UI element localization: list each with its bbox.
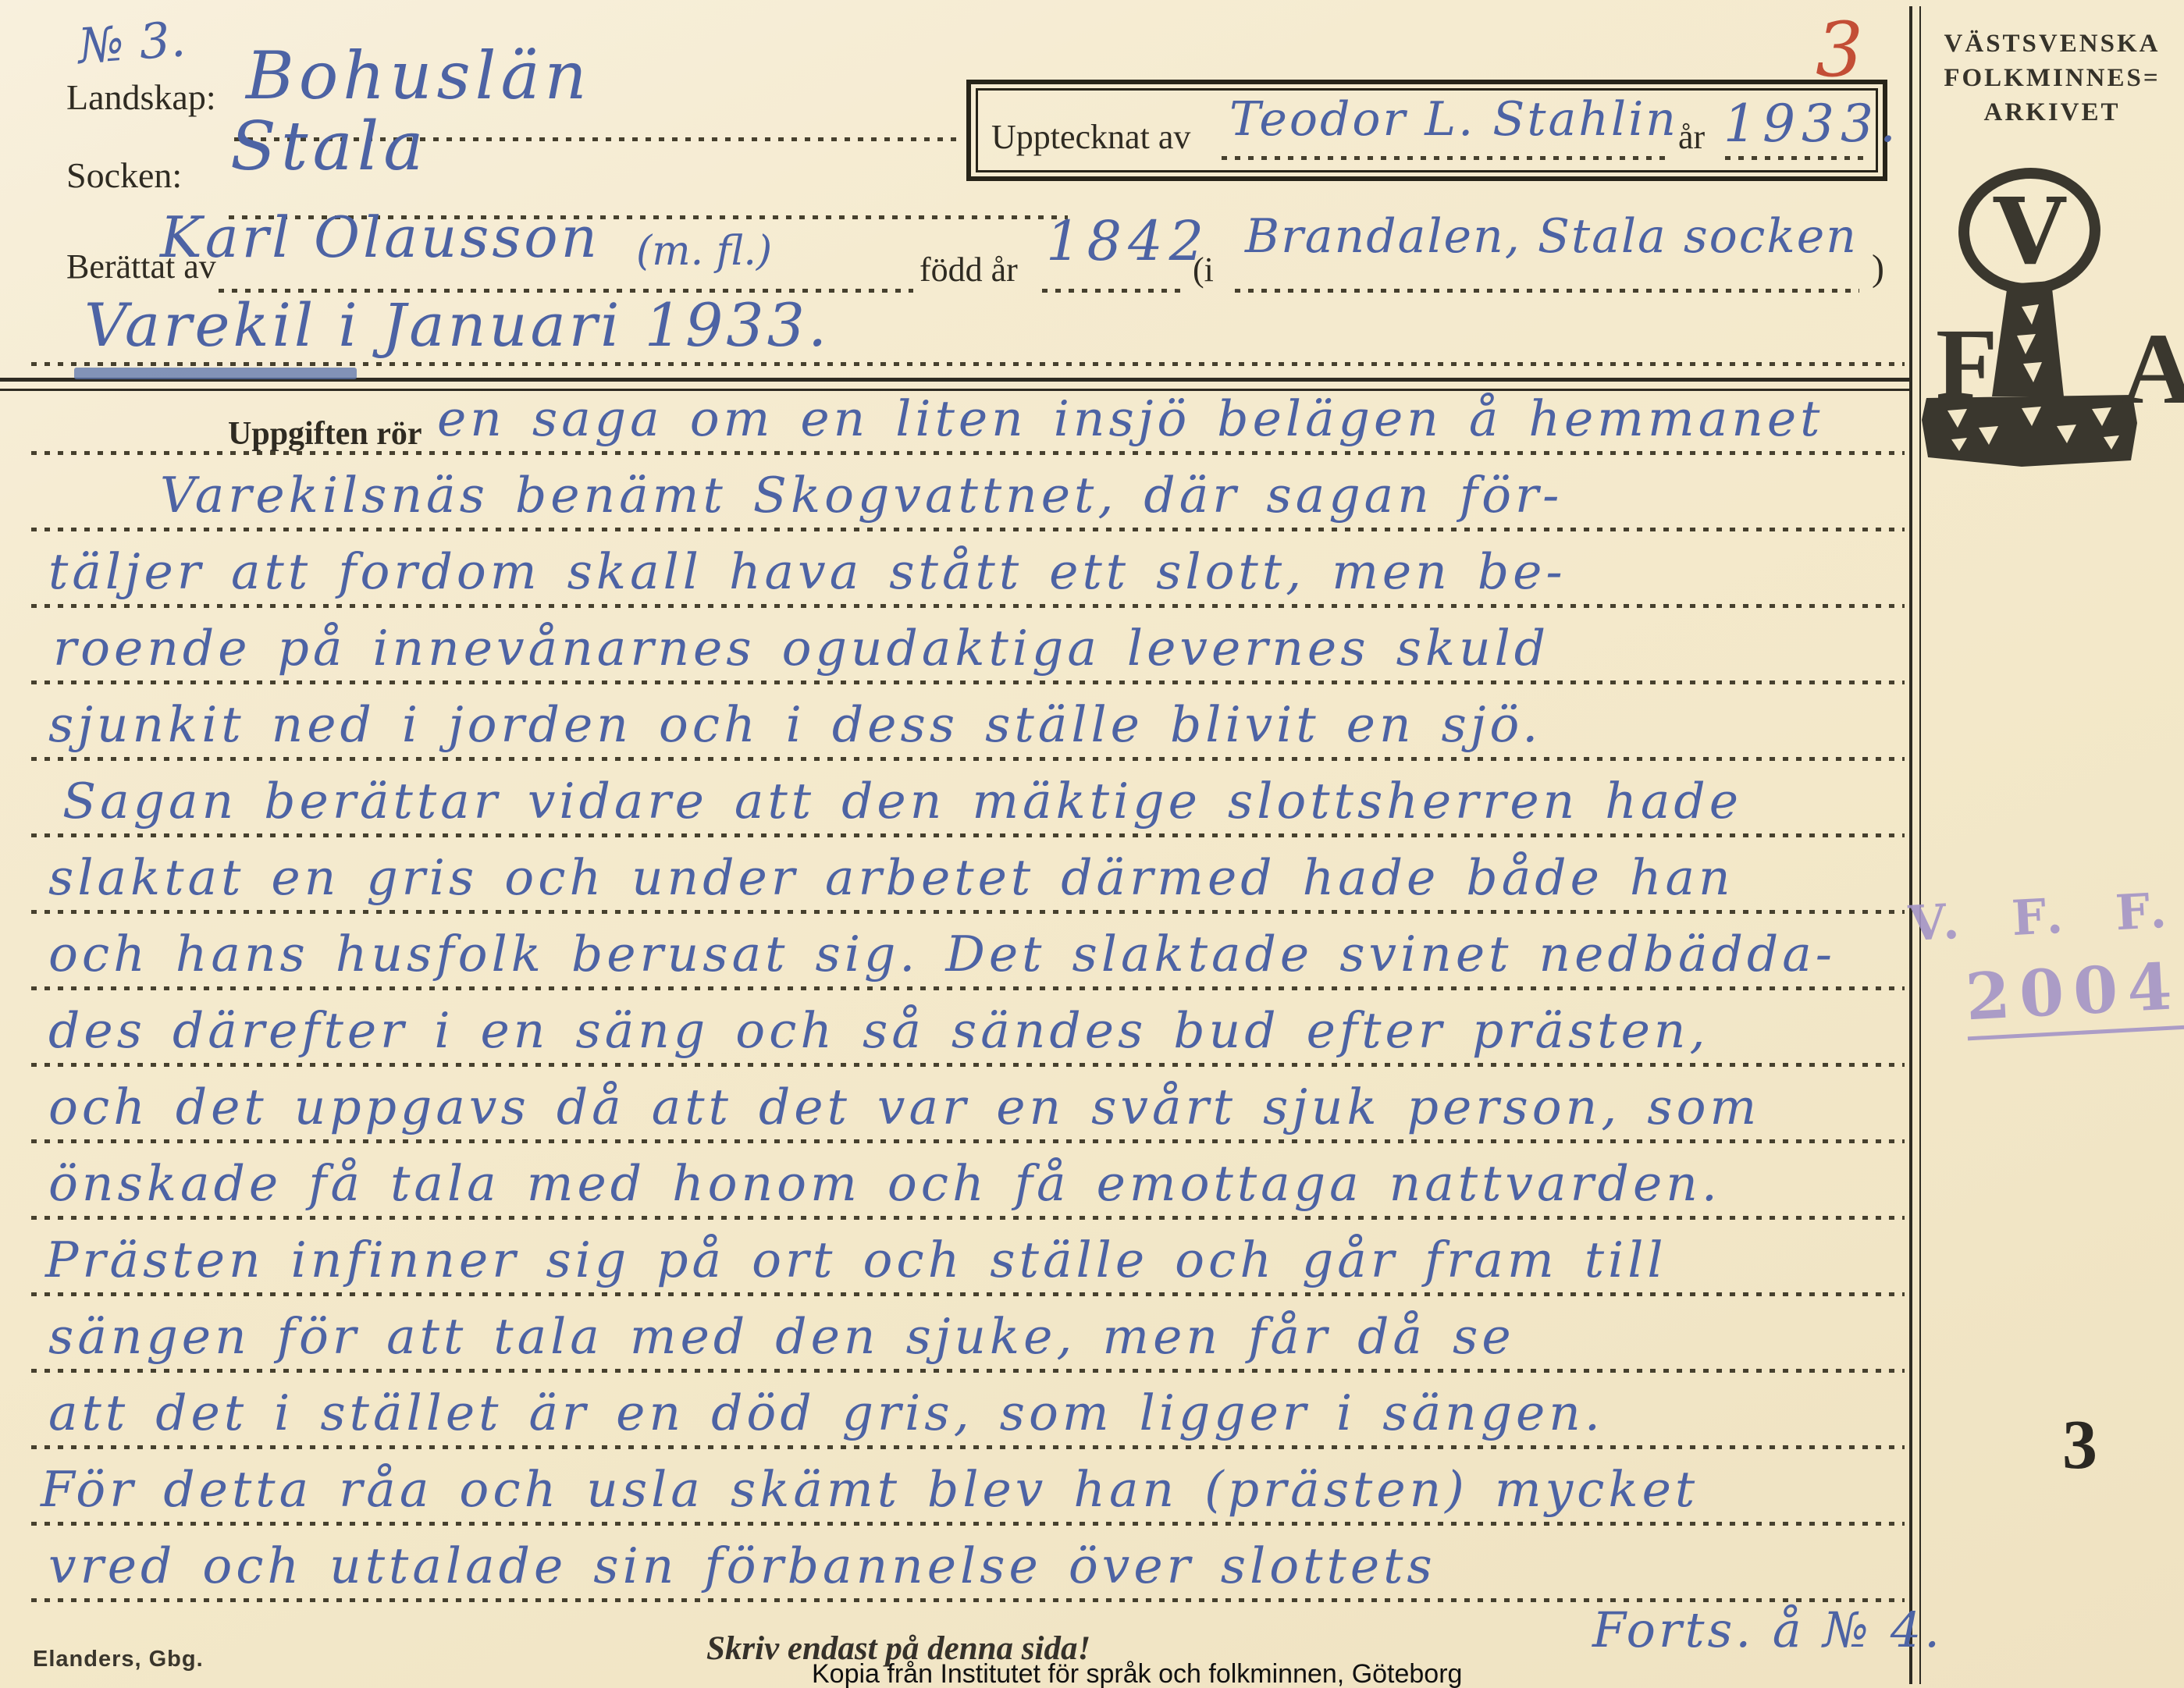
uppgiften-label: Uppgiften rör	[228, 415, 422, 453]
ruled-line	[31, 1522, 1905, 1526]
ruled-line	[31, 1292, 1905, 1296]
socken-value: Stala	[230, 108, 429, 186]
accession-stamp: V. F. F. 2004.	[1907, 881, 2183, 1043]
body-line: sjunkit ned i jorden och i dess ställe b…	[48, 696, 1542, 753]
vfa-thors-hammer-logo-icon: V F A	[1905, 139, 2184, 506]
ruled-line	[31, 910, 1905, 914]
body-line: Sagan berättar vidare att den mäktige sl…	[62, 773, 1742, 830]
ar-label: år	[1678, 117, 1705, 157]
place-date-value: Varekil i Januari 1933.	[84, 290, 830, 360]
page-number-black: 3	[2062, 1405, 2097, 1485]
archive-name-line: FOLKMINNES=	[1922, 61, 2182, 95]
ruled-line	[31, 833, 1905, 837]
printer-imprint: Elanders, Gbg.	[33, 1647, 204, 1672]
logo-letter-v: V	[1993, 177, 2067, 286]
body-line: täljer att fordom skall hava stått ett s…	[48, 543, 1567, 600]
berattat-dotted-line-3	[1235, 289, 1859, 293]
body-line: vred och uttalade sin förbannelse över s…	[48, 1537, 1436, 1594]
upptecknat-dotted-line	[1222, 156, 1665, 160]
landskap-value: Bohuslän	[246, 37, 592, 114]
ruled-line	[31, 681, 1905, 684]
berattat-suffix: (m. fl.)	[636, 228, 772, 275]
ar-value: 1933.	[1723, 94, 1902, 154]
ruled-line	[31, 1063, 1905, 1067]
stamp-number: 2004.	[1964, 947, 2184, 1040]
record-number-handwritten: № 3.	[76, 10, 187, 74]
body-line: önskade få tala med honom och få emottag…	[48, 1155, 1721, 1212]
body-line: en saga om en liten insjö belägen å hemm…	[437, 390, 1824, 447]
upptecknat-value: Teodor L. Stahlin	[1229, 92, 1678, 147]
header-double-rule	[0, 378, 1909, 391]
ruled-line	[31, 1369, 1905, 1373]
varekil-underline-stroke	[74, 368, 357, 379]
continuation-note: Forts. å № 4.	[1592, 1601, 1943, 1658]
ruled-line	[31, 1216, 1905, 1220]
body-line: och hans husfolk berusat sig. Det slakta…	[48, 926, 1836, 983]
copy-attribution-note: Kopia från Institutet för språk och folk…	[812, 1659, 1462, 1688]
archive-name-line: VÄSTSVENSKA	[1922, 27, 2182, 61]
paren-open-label: (i	[1193, 250, 1214, 290]
ruled-line	[31, 1139, 1905, 1143]
body-line: Prästen infinner sig på ort och ställe o…	[45, 1231, 1667, 1288]
body-line: och det uppgavs då att det var en svårt …	[48, 1079, 1760, 1135]
paren-close-label: )	[1872, 247, 1884, 290]
upptecknat-label: Upptecknat av	[991, 117, 1190, 157]
fodd-value: 1842	[1046, 209, 1210, 273]
body-line: Varekilsnäs benämt Skogvattnet, där saga…	[160, 467, 1563, 524]
scanned-document-page: № 3. 3 Landskap: Bohuslän Socken: Stala …	[0, 0, 2184, 1688]
birthplace-value: Brandalen, Stala socken	[1245, 209, 1858, 264]
body-line: roende på innevånarnes ogudaktiga levern…	[53, 620, 1549, 677]
logo-letter-a: A	[2122, 313, 2184, 425]
body-line: sängen för att tala med den sjuke, men f…	[48, 1308, 1515, 1365]
berattat-dotted-line-2	[1042, 289, 1183, 293]
fodd-label: född år	[919, 250, 1018, 290]
archive-name-line: ARKIVET	[1922, 95, 2182, 130]
ar-dotted-line	[1725, 156, 1866, 160]
ruled-line	[31, 1445, 1905, 1449]
archive-name: VÄSTSVENSKA FOLKMINNES= ARKIVET	[1922, 27, 2182, 130]
ruled-line	[31, 757, 1905, 761]
body-line: att det i stället är en död gris, som li…	[48, 1384, 1604, 1441]
ruled-line	[31, 528, 1905, 531]
body-line: För detta råa och usla skämt blev han (p…	[41, 1461, 1698, 1518]
logo-letter-f: F	[1936, 308, 1997, 421]
socken-label: Socken:	[66, 155, 182, 196]
body-line: des därefter i en säng och så sändes bud…	[48, 1002, 1709, 1059]
landskap-label: Landskap:	[66, 76, 216, 118]
header-bottom-dotted-line	[31, 362, 1905, 366]
body-line: slaktat en gris och under arbetet därmed…	[48, 849, 1734, 906]
stamp-initials: V. F. F.	[1907, 881, 2179, 952]
berattat-value: Karl Olausson	[160, 204, 600, 270]
ruled-line	[31, 604, 1905, 608]
ruled-line	[31, 986, 1905, 990]
